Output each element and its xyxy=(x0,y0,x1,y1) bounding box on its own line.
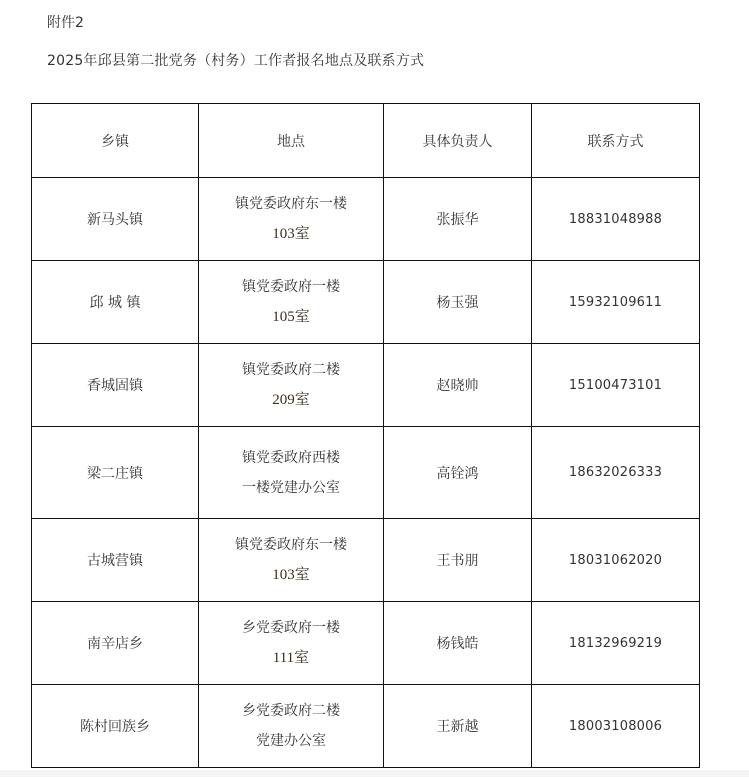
phone-number: 18632026333 xyxy=(569,465,662,480)
location-line2: 209室 xyxy=(199,385,383,415)
location-line2: 103室 xyxy=(199,219,383,249)
town-cell: 南辛店乡 xyxy=(32,602,199,685)
phone-number: 18003108006 xyxy=(569,719,662,734)
location-line2: 105室 xyxy=(199,302,383,332)
location-cell: 镇党委政府二楼209室 xyxy=(199,344,384,427)
town-name: 香城固镇 xyxy=(87,378,143,394)
phone-cell: 18632026333 xyxy=(532,427,700,519)
location-line2: 103室 xyxy=(199,560,383,590)
phone-number: 15932109611 xyxy=(569,295,662,310)
table-row: 香城固镇镇党委政府二楼209室赵晓帅15100473101 xyxy=(32,344,700,427)
phone-number: 18031062020 xyxy=(569,553,662,568)
location-line1: 乡党委政府一楼 xyxy=(199,613,383,643)
contact-person-name: 高铨鸿 xyxy=(437,466,479,482)
town-cell: 新马头镇 xyxy=(32,178,199,261)
registration-table: 乡镇 地点 具体负责人 联系方式 新马头镇镇党委政府东一楼103室张振华1883… xyxy=(31,103,700,768)
location-line1: 镇党委政府东一楼 xyxy=(199,530,383,560)
location-cell: 镇党委政府一楼105室 xyxy=(199,261,384,344)
town-cell: 陈村回族乡 xyxy=(32,685,199,768)
location-line1: 镇党委政府西楼 xyxy=(199,443,383,473)
table-row: 邱 城 镇镇党委政府一楼105室杨玉强15932109611 xyxy=(32,261,700,344)
phone-cell: 18831048988 xyxy=(532,178,700,261)
location-line1: 镇党委政府东一楼 xyxy=(199,189,383,219)
document-page: 附件2 2025年邱县第二批党务（村务）工作者报名地点及联系方式 乡镇 地点 具… xyxy=(0,0,749,770)
column-header-location: 地点 xyxy=(199,104,384,178)
column-header-town: 乡镇 xyxy=(32,104,199,178)
phone-cell: 18132969219 xyxy=(532,602,700,685)
contact-person-cell: 杨钱皓 xyxy=(384,602,532,685)
location-line2: 111室 xyxy=(199,643,383,673)
contact-person-name: 张振华 xyxy=(437,212,479,228)
contact-person-name: 赵晓帅 xyxy=(437,378,479,394)
location-line2: 党建办公室 xyxy=(199,726,383,756)
document-title: 2025年邱县第二批党务（村务）工作者报名地点及联系方式 xyxy=(47,50,424,70)
phone-cell: 15100473101 xyxy=(532,344,700,427)
contact-person-cell: 杨玉强 xyxy=(384,261,532,344)
phone-cell: 15932109611 xyxy=(532,261,700,344)
phone-cell: 18031062020 xyxy=(532,519,700,602)
contact-person-name: 王新越 xyxy=(437,719,479,735)
table-row: 南辛店乡乡党委政府一楼111室杨钱皓18132969219 xyxy=(32,602,700,685)
location-cell: 乡党委政府二楼党建办公室 xyxy=(199,685,384,768)
town-name: 南辛店乡 xyxy=(87,636,143,652)
contact-person-cell: 王新越 xyxy=(384,685,532,768)
location-line2: 一楼党建办公室 xyxy=(199,473,383,503)
contact-person-cell: 王书朋 xyxy=(384,519,532,602)
table-header-row: 乡镇 地点 具体负责人 联系方式 xyxy=(32,104,700,178)
phone-number: 15100473101 xyxy=(569,378,662,393)
location-cell: 镇党委政府东一楼103室 xyxy=(199,178,384,261)
location-line1: 镇党委政府一楼 xyxy=(199,272,383,302)
column-header-contact-person: 具体负责人 xyxy=(384,104,532,178)
town-cell: 邱 城 镇 xyxy=(32,261,199,344)
location-line1: 镇党委政府二楼 xyxy=(199,355,383,385)
town-name: 新马头镇 xyxy=(87,212,143,228)
contact-person-cell: 赵晓帅 xyxy=(384,344,532,427)
table-row: 陈村回族乡乡党委政府二楼党建办公室王新越18003108006 xyxy=(32,685,700,768)
location-line1: 乡党委政府二楼 xyxy=(199,696,383,726)
table-row: 新马头镇镇党委政府东一楼103室张振华18831048988 xyxy=(32,178,700,261)
contact-person-name: 杨玉强 xyxy=(437,295,479,311)
contact-person-name: 杨钱皓 xyxy=(437,636,479,652)
town-cell: 香城固镇 xyxy=(32,344,199,427)
town-name: 陈村回族乡 xyxy=(80,719,150,735)
table-row: 梁二庄镇镇党委政府西楼一楼党建办公室高铨鸿18632026333 xyxy=(32,427,700,519)
phone-number: 18132969219 xyxy=(569,636,662,651)
contact-person-name: 王书朋 xyxy=(437,553,479,569)
column-header-phone: 联系方式 xyxy=(532,104,700,178)
phone-cell: 18003108006 xyxy=(532,685,700,768)
phone-number: 18831048988 xyxy=(569,212,662,227)
location-cell: 乡党委政府一楼111室 xyxy=(199,602,384,685)
town-cell: 梁二庄镇 xyxy=(32,427,199,519)
contact-person-cell: 张振华 xyxy=(384,178,532,261)
town-cell: 古城营镇 xyxy=(32,519,199,602)
attachment-label: 附件2 xyxy=(47,12,84,32)
town-name: 梁二庄镇 xyxy=(87,466,143,482)
location-cell: 镇党委政府东一楼103室 xyxy=(199,519,384,602)
town-name: 邱 城 镇 xyxy=(90,295,141,311)
town-name: 古城营镇 xyxy=(87,553,143,569)
table-row: 古城营镇镇党委政府东一楼103室王书朋18031062020 xyxy=(32,519,700,602)
location-cell: 镇党委政府西楼一楼党建办公室 xyxy=(199,427,384,519)
contact-person-cell: 高铨鸿 xyxy=(384,427,532,519)
